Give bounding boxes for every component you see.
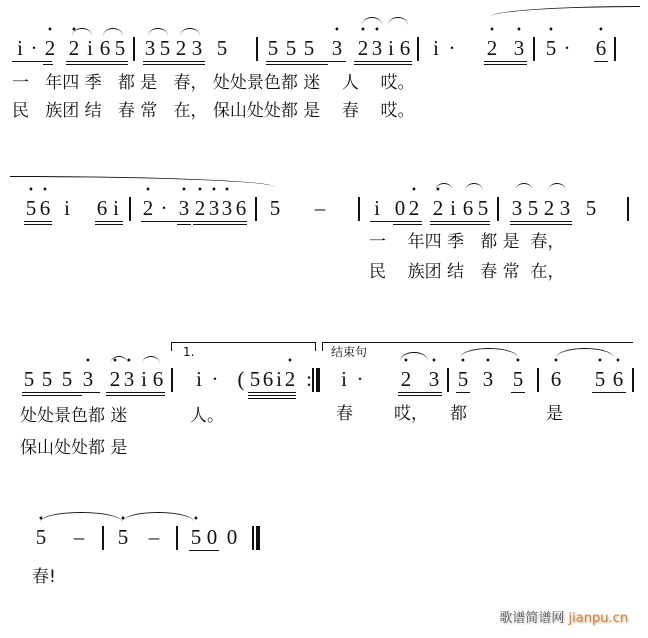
barline — [129, 197, 131, 221]
slur-long — [40, 512, 122, 522]
note: 3 — [177, 196, 191, 220]
note: i — [83, 36, 97, 60]
high-dot: • — [481, 357, 495, 367]
note: 6 — [151, 367, 165, 391]
high-dot: • — [34, 515, 48, 525]
barline — [627, 197, 629, 221]
dot: · — [445, 36, 459, 60]
slur — [548, 183, 566, 191]
note: 5 — [584, 196, 598, 220]
lyrics-verse-1: 一 年四 季 都 是 春， 处处景色都 迷 人 哎。 — [12, 73, 415, 93]
high-dot: • — [122, 357, 136, 367]
note: i — [446, 196, 460, 220]
note: 5 — [189, 525, 203, 549]
underline — [484, 61, 527, 62]
note: 5 — [268, 196, 282, 220]
underline — [66, 61, 128, 62]
high-dot: • — [593, 357, 607, 367]
high-dot: • — [24, 186, 38, 196]
high-dot: • — [512, 26, 526, 36]
underline — [511, 392, 525, 393]
high-dot: • — [544, 26, 558, 36]
high-dot: • — [207, 186, 221, 196]
underline — [594, 61, 608, 62]
underline — [22, 392, 100, 393]
barline — [255, 197, 257, 221]
barline — [533, 37, 535, 61]
note: 3 — [558, 196, 572, 220]
underline — [456, 392, 470, 393]
barline — [417, 37, 419, 61]
high-dot: • — [399, 357, 413, 367]
slur — [103, 28, 123, 36]
note: 2 — [399, 367, 413, 391]
note: 5 — [24, 196, 38, 220]
note: 3 — [190, 36, 204, 60]
barline — [632, 368, 634, 392]
note: 5 — [158, 36, 172, 60]
note: i — [137, 367, 151, 391]
underline — [177, 224, 191, 225]
note: 5 — [34, 525, 48, 549]
note: 3 — [370, 36, 384, 60]
dot: · — [27, 36, 41, 60]
underline — [24, 221, 52, 222]
note: 5 — [476, 196, 490, 220]
note: 2 — [141, 196, 155, 220]
watermark-domain: jianpu.cn — [569, 611, 628, 626]
barline — [312, 368, 314, 392]
underline — [592, 392, 626, 393]
note: 0 — [205, 525, 219, 549]
note: 2 — [485, 36, 499, 60]
high-dot: • — [356, 26, 370, 36]
underline — [143, 64, 205, 65]
lyrics-ending-word: 哎， — [394, 404, 428, 424]
slur — [180, 28, 200, 36]
note: – — [147, 525, 161, 549]
underline — [430, 221, 490, 222]
note: 5 — [302, 36, 316, 60]
high-dot: • — [193, 186, 207, 196]
note: i — [370, 196, 384, 220]
note: 2 — [174, 36, 188, 60]
note: i — [384, 36, 398, 60]
note: 2 — [67, 36, 81, 60]
note: 6 — [98, 36, 112, 60]
note: 5 — [40, 367, 54, 391]
note: 0 — [225, 525, 239, 549]
note: i — [109, 196, 123, 220]
underline — [22, 395, 82, 396]
note: 6 — [549, 367, 563, 391]
underline — [143, 61, 205, 62]
high-dot: • — [81, 357, 95, 367]
high-dot: • — [38, 186, 52, 196]
final-bar — [256, 526, 260, 550]
barline — [256, 37, 258, 61]
note: 5 — [266, 36, 280, 60]
note: 5 — [511, 367, 525, 391]
note: 3 — [143, 36, 157, 60]
note: 3 — [207, 196, 221, 220]
note: i — [337, 367, 351, 391]
note: 2 — [356, 36, 370, 60]
high-dot: • — [189, 515, 203, 525]
note: 5 — [284, 36, 298, 60]
watermark-cn: 歌谱简谱网 — [499, 611, 564, 626]
note: 5 — [248, 367, 262, 391]
lyrics-ending-word: 都 — [450, 404, 467, 424]
note: 3 — [510, 196, 524, 220]
note: – — [72, 525, 86, 549]
high-dot: • — [220, 186, 234, 196]
barline — [497, 197, 499, 221]
slur-long — [122, 512, 194, 522]
note: 5 — [60, 367, 74, 391]
note: 6 — [594, 36, 608, 60]
underline — [370, 221, 422, 222]
note: 5 — [22, 367, 36, 391]
repeat-end-bar — [316, 368, 320, 392]
slur — [148, 28, 168, 36]
note: 2 — [542, 196, 556, 220]
note: 0 — [393, 196, 407, 220]
slur — [465, 183, 483, 191]
note: 5 — [113, 36, 127, 60]
underline — [484, 64, 527, 65]
note: i — [60, 196, 74, 220]
lyrics-ending-word: 春 — [336, 404, 353, 424]
note: 3 — [427, 367, 441, 391]
note: 3 — [512, 36, 526, 60]
lyrics-verse-1: 处处景色都 迷 — [20, 406, 127, 426]
barline — [614, 37, 616, 61]
underline — [398, 392, 442, 393]
slur-long — [490, 6, 640, 17]
note: i — [429, 36, 443, 60]
high-dot: • — [141, 186, 155, 196]
high-dot: • — [407, 186, 421, 196]
underline — [248, 398, 296, 399]
underline — [266, 64, 328, 65]
high-dot: • — [330, 26, 344, 36]
note: 3 — [220, 196, 234, 220]
slur — [362, 17, 382, 25]
dot: · — [353, 367, 367, 391]
barline — [102, 526, 104, 550]
note: 6 — [234, 196, 248, 220]
barline — [133, 37, 135, 61]
underline — [510, 221, 572, 222]
note: 5 — [593, 367, 607, 391]
high-dot: • — [456, 357, 470, 367]
underline — [106, 392, 165, 393]
high-dot: • — [549, 357, 563, 367]
high-dot: • — [283, 357, 297, 367]
barline — [537, 368, 539, 392]
underline — [141, 221, 247, 222]
note: 5 — [526, 196, 540, 220]
high-dot: • — [485, 26, 499, 36]
note: 3 — [481, 367, 495, 391]
high-dot: • — [43, 26, 57, 36]
note: 5 — [116, 525, 130, 549]
note: 5 — [215, 36, 229, 60]
underline — [266, 61, 346, 62]
high-dot: • — [116, 515, 130, 525]
high-dot: • — [594, 26, 608, 36]
watermark: 歌谱简谱网 jianpu.cn — [499, 607, 628, 626]
volta-1-label: 1. — [183, 346, 194, 358]
note: 2 — [193, 196, 207, 220]
lyrics-verse-2: 民 族团 结 春 常 在， — [369, 262, 564, 282]
high-dot: • — [67, 26, 81, 36]
underline — [24, 224, 52, 225]
dot: · — [157, 196, 171, 220]
lyrics-verse-2: 民 族团 结 春 常 在， 保山处处都 是 春 哎。 — [12, 101, 415, 121]
slur — [142, 356, 160, 364]
barline — [176, 526, 178, 550]
lyrics-ending-word: 是 — [546, 404, 563, 424]
high-dot: • — [431, 186, 445, 196]
high-dot: • — [511, 357, 525, 367]
lyrics-final: 春! — [32, 567, 56, 587]
note: 3 — [81, 367, 95, 391]
volta-2-label: 结束句 — [331, 346, 367, 358]
lyrics-verse-1: 一 年四 季 都 是 春， — [369, 232, 564, 252]
high-dot: • — [427, 357, 441, 367]
note: i — [192, 367, 206, 391]
underline — [66, 64, 128, 65]
high-dot: • — [370, 26, 384, 36]
high-dot: • — [611, 357, 625, 367]
dot: · — [560, 36, 574, 60]
barline — [252, 526, 254, 550]
slur — [515, 183, 533, 191]
note: i — [13, 36, 27, 60]
lyrics-verse-2: 保山处处都 是 — [20, 438, 127, 458]
underline — [248, 395, 296, 396]
note: 6 — [398, 36, 412, 60]
note: 6 — [461, 196, 475, 220]
underline — [430, 224, 490, 225]
underline — [95, 221, 123, 222]
note: ( — [234, 367, 248, 391]
note: 3 — [330, 36, 344, 60]
note: – — [313, 196, 327, 220]
dot: · — [208, 367, 222, 391]
barline — [171, 368, 173, 392]
note: 2 — [431, 196, 445, 220]
underline — [193, 224, 247, 225]
note: 2 — [108, 367, 122, 391]
underline — [106, 395, 165, 396]
note: 5 — [544, 36, 558, 60]
note: 3 — [122, 367, 136, 391]
note: 5 — [456, 367, 470, 391]
lyrics-verse-1-ending-1: 人。 — [190, 406, 224, 426]
note: 6 — [611, 367, 625, 391]
note: 2 — [43, 36, 57, 60]
barline — [358, 197, 360, 221]
underline — [248, 392, 296, 393]
underline — [354, 61, 412, 62]
slur — [388, 17, 408, 25]
underline — [393, 224, 422, 225]
high-dot: • — [177, 186, 191, 196]
underline — [95, 224, 123, 225]
underline — [189, 550, 219, 551]
note: 6 — [95, 196, 109, 220]
note: 2 — [283, 367, 297, 391]
underline — [354, 64, 412, 65]
underline — [398, 395, 442, 396]
repeat-dots: : — [302, 367, 316, 391]
barline — [447, 368, 449, 392]
note: 6 — [38, 196, 52, 220]
underline — [12, 61, 52, 62]
underline — [43, 64, 53, 65]
underline — [510, 224, 572, 225]
high-dot: • — [108, 357, 122, 367]
note: 2 — [407, 196, 421, 220]
